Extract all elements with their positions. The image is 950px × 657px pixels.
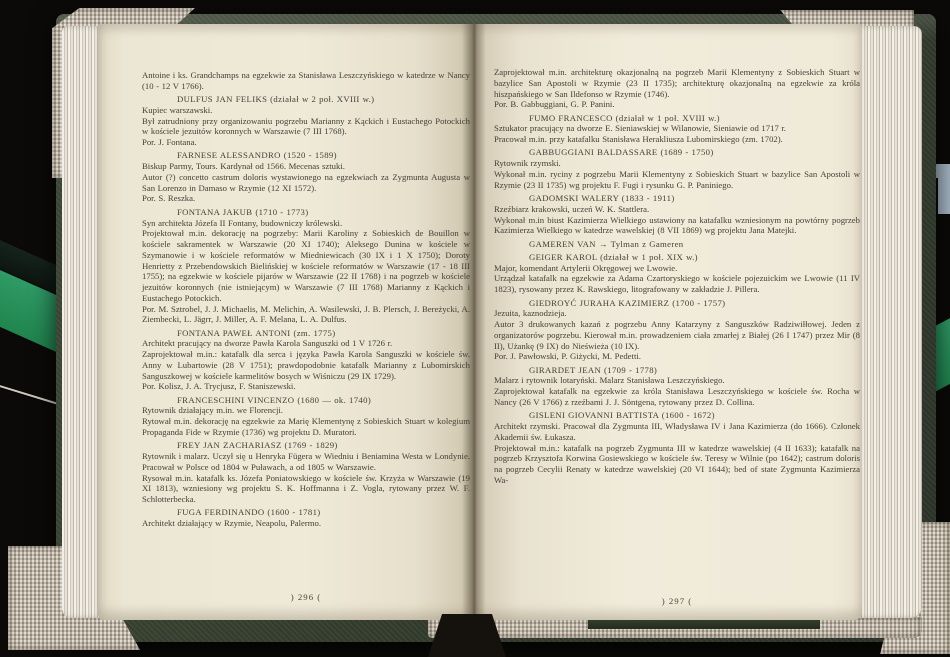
entry-heading: FARNESE ALESSANDRO (1520 - 1589) bbox=[142, 148, 470, 161]
book-photo: Antoine i ks. Grandchamps na egzekwie za… bbox=[0, 0, 950, 657]
paragraph: Rysował m.in. katafalk ks. Józefa Poniat… bbox=[142, 473, 470, 505]
paragraph: Biskup Parmy, Tours. Kardynał od 1566. M… bbox=[142, 161, 470, 172]
paragraph: Urządzał katafalk na egzekwie za Adama C… bbox=[494, 273, 860, 295]
paragraph: Zaprojektował m.in. architekturę okazjon… bbox=[494, 67, 860, 99]
entry-heading: FONTANA PAWEŁ ANTONI (zm. 1775) bbox=[142, 325, 470, 338]
entry-heading: FUMO FRANCESCO (działał w 1 poł. XVIII w… bbox=[494, 110, 860, 123]
page-right-text: Zaprojektował m.in. architekturę okazjon… bbox=[494, 67, 860, 486]
paragraph: Wykonał m.in biust Kazimierza Wielkiego … bbox=[494, 215, 860, 237]
paragraph: Por. J. Fontana. bbox=[142, 137, 470, 148]
entry-heading: FUGA FERDINANDO (1600 - 1781) bbox=[142, 505, 470, 518]
paragraph: Por. B. Gabbuggiani, G. P. Panini. bbox=[494, 99, 860, 110]
paragraph: Projektował m.in.: katafalk na pogrzeb Z… bbox=[494, 443, 860, 486]
page-number-right: ) 297 ( bbox=[494, 596, 860, 606]
paragraph: Major, komendant Artylerii Okręgowej we … bbox=[494, 263, 860, 274]
entry-heading: GIRARDET JEAN (1709 - 1778) bbox=[494, 362, 860, 375]
paragraph: Zaprojektował m.in.: katafalk dla serca … bbox=[142, 349, 470, 381]
entry-heading: FRANCESCHINI VINCENZO (1680 — ok. 1740) bbox=[142, 392, 470, 405]
paragraph: Rytownik działający m.in. we Florencji. bbox=[142, 405, 470, 416]
paragraph: Por. M. Sztrobel, J. J. Michaelis, M. Me… bbox=[142, 304, 470, 326]
paragraph: Wykonał m.in. ryciny z pogrzebu Marii Kl… bbox=[494, 169, 860, 191]
entry-heading: GISLENI GIOVANNI BATTISTA (1600 - 1672) bbox=[494, 408, 860, 421]
paragraph: Autor (?) concetto castrum doloris wysta… bbox=[142, 172, 470, 194]
paragraph: Zaprojektował katafalk na egzekwie za kr… bbox=[494, 386, 860, 408]
entry-heading: GEIGER KAROL (działał w 1 poł. XIX w.) bbox=[494, 249, 860, 262]
page-edges-right bbox=[856, 26, 922, 618]
paragraph: Malarz i rytownik lotaryński. Malarz Sta… bbox=[494, 375, 860, 386]
entry-heading: DULFUS JAN FELIKS (działał w 2 poł. XVII… bbox=[142, 92, 470, 105]
paragraph: Architekt pracujący na dworze Pawła Karo… bbox=[142, 338, 470, 349]
paragraph: Por. Kolisz, J. A. Trycjusz, F. Stanisze… bbox=[142, 381, 470, 392]
paragraph: Kupiec warszawski. bbox=[142, 105, 470, 116]
paragraph: Por. S. Reszka. bbox=[142, 193, 470, 204]
entry-heading: GIEDROYĆ JURAHA KAZIMIERZ (1700 - 1757) bbox=[494, 295, 860, 308]
entry-heading: GADOMSKI WALERY (1833 - 1911) bbox=[494, 190, 860, 203]
paragraph: Sztukator pracujący na dworze E. Sieniaw… bbox=[494, 123, 860, 134]
paragraph: Rytownik rzymski. bbox=[494, 158, 860, 169]
background-thread bbox=[0, 384, 63, 406]
paragraph: Był zatrudniony przy organizowaniu pogrz… bbox=[142, 116, 470, 138]
entry-heading: FONTANA JAKUB (1710 - 1773) bbox=[142, 204, 470, 217]
paragraph: Pracował m.in. przy katafalku Stanisława… bbox=[494, 134, 860, 145]
entry-heading: FREY JAN ZACHARIASZ (1769 - 1829) bbox=[142, 438, 470, 451]
page-number-left: ) 296 ( bbox=[142, 592, 470, 602]
paragraph: Autor 3 drukowanych kazań z pogrzebu Ann… bbox=[494, 319, 860, 351]
paragraph: Architekt rzymski. Pracował dla Zygmunta… bbox=[494, 421, 860, 443]
paragraph: Projektował m.in. dekorację na pogrzeby:… bbox=[142, 228, 470, 303]
background-letter-t-stem bbox=[938, 176, 950, 214]
paragraph: Jezuita, kaznodzieja. bbox=[494, 308, 860, 319]
entry-heading: GAMEREN VAN → Tylman z Gameren bbox=[494, 236, 860, 249]
paragraph: Rytował m.in. dekorację na egzekwie za M… bbox=[142, 416, 470, 438]
paragraph: Rytownik i malarz. Uczył się u Henryka F… bbox=[142, 451, 470, 473]
paragraph: Architekt działający w Rzymie, Neapolu, … bbox=[142, 518, 470, 529]
paragraph: Por. J. Pawłowski, P. Giżycki, M. Pedett… bbox=[494, 351, 860, 362]
paragraph: Rzeźbiarz krakowski, uczeń W. K. Stattle… bbox=[494, 204, 860, 215]
entry-heading: GABBUGGIANI BALDASSARE (1689 - 1750) bbox=[494, 145, 860, 158]
page-left-text: Antoine i ks. Grandchamps na egzekwie za… bbox=[142, 70, 470, 529]
paragraph: Syn architekta Józefa II Fontany, budown… bbox=[142, 218, 470, 229]
paragraph: Antoine i ks. Grandchamps na egzekwie za… bbox=[142, 70, 470, 92]
